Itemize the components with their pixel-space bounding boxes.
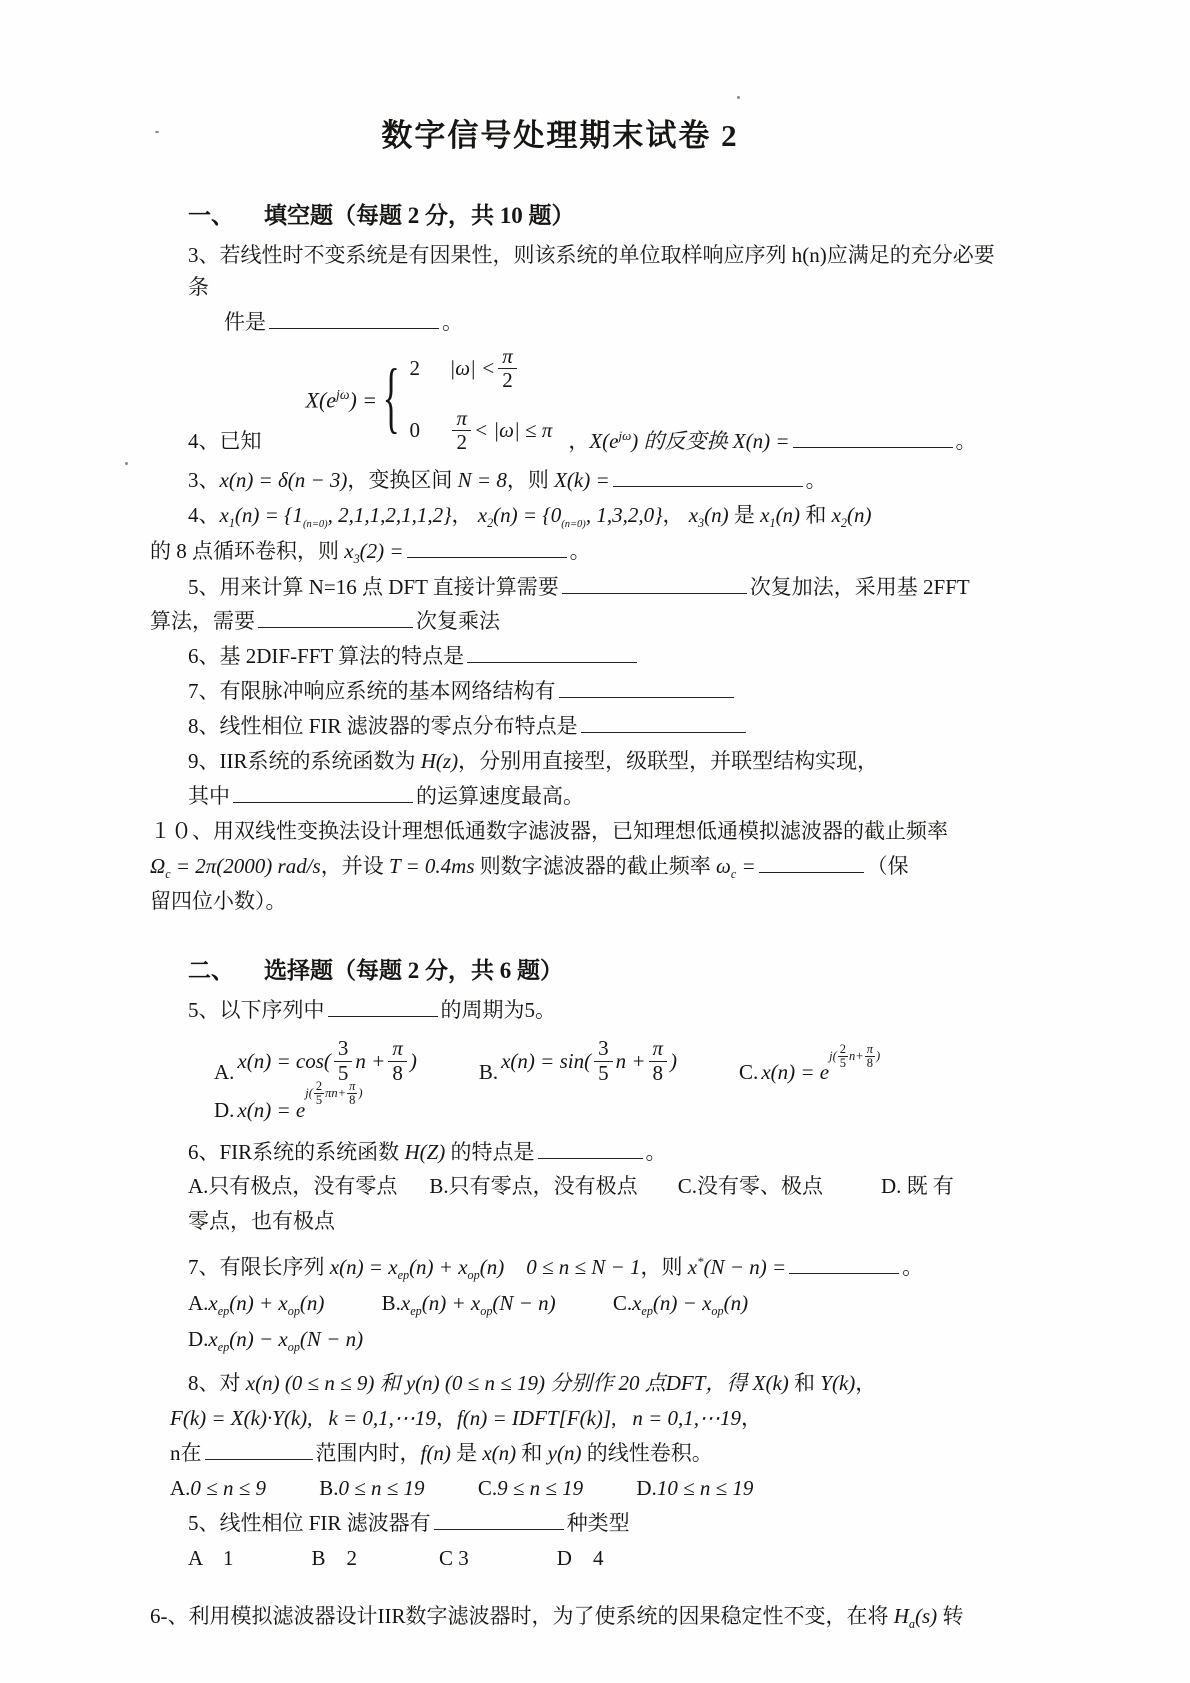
blank-line: [258, 608, 413, 629]
q3b-line: 3、x(n) = δ(n − 3)，变换区间 N = 8，则 X(k) =。: [188, 465, 1010, 497]
q5-line1: 5、用来计算 N=16 点 DFT 直接计算需要次复加法，采用基 2FFT: [188, 572, 1010, 604]
scan-speck: [737, 96, 740, 99]
blank-line: [562, 573, 747, 594]
option-c: C. x(n) = ej(25n+π8): [739, 1058, 880, 1085]
q4-line: 4、已知 X(ejω) = { 2 |ω| <π2 0 π2< |ω| ≤ π …: [188, 345, 1010, 455]
q10-line2: Ωc = 2π(2000) rad/s，并设 T = 0.4ms 则数字滤波器的…: [150, 851, 1010, 884]
c5-options-row2: D. x(n) = ej(25πn+π8): [214, 1095, 1010, 1122]
blank-line: [759, 852, 864, 873]
blank-line: [538, 1138, 643, 1159]
section1-title: 填空题（每题 2 分，共 10 题）: [264, 203, 575, 228]
q4b-line2: 的 8 点循环卷积，则 x3(2) =。: [150, 536, 1010, 569]
q9-line2: 其中的运算速度最高。: [188, 781, 1010, 813]
c5b-line: 5、线性相位 FIR 滤波器有种类型: [188, 1508, 1010, 1540]
scan-speck: [125, 462, 128, 465]
q7-line: 7、有限脉冲响应系统的基本网络结构有: [188, 676, 1010, 708]
option-c: C 3: [439, 1546, 469, 1570]
q10-line3: 留四位小数）。: [150, 886, 1010, 918]
c7-options-row2: D.xep(n) − xop(N − n): [188, 1324, 1010, 1357]
c6-line: 6、FIR系统的系统函数 H(Z) 的特点是。: [188, 1137, 1010, 1169]
section2-heading: 二、选择题（每题 2 分，共 6 题）: [188, 952, 1010, 985]
c8-options: A.0 ≤ n ≤ 9 B.0 ≤ n ≤ 19 C.9 ≤ n ≤ 19 D.…: [170, 1473, 1010, 1505]
option-d: D 4: [557, 1546, 604, 1570]
case-row-1: 2 |ω| <π2: [409, 345, 552, 393]
blank-line: [793, 427, 953, 448]
formula-lhs: X(ejω) =: [306, 387, 378, 413]
option-d: D. 既 有: [881, 1174, 954, 1198]
c6b-line: 6-、利用模拟滤波器设计IIR数字滤波器时，为了使系统的因果稳定性不变，在将 H…: [150, 1601, 1010, 1634]
q4b-number: 4、: [188, 503, 220, 527]
option-b: B. x(n) = sin(35n +π8): [479, 1037, 677, 1085]
fraction-pi-2: π2: [452, 407, 471, 455]
q4-number: 4、已知: [188, 425, 262, 455]
c5-line: 5、以下序列中的周期为5。: [188, 995, 1010, 1027]
option-b-formula: x(n) = sin(35n +π8): [501, 1037, 677, 1085]
option-b: B.只有零点，没有极点: [429, 1174, 637, 1198]
section2-title: 选择题（每题 2 分，共 6 题）: [264, 958, 563, 983]
exam-title: 数字信号处理期末试卷 2: [150, 110, 970, 155]
c6-options: A.只有极点，没有零点B.只有零点，没有极点C.没有零、极点D. 既 有: [188, 1171, 1010, 1203]
blank-line: [269, 308, 439, 329]
blank-line: [559, 677, 734, 698]
option-a: A.0 ≤ n ≤ 9: [170, 1476, 266, 1500]
x2-sequence: x2(n) = {0(n=0), 1,3,2,0}: [478, 503, 663, 527]
option-a-formula: x(n) = cos(35n +π8): [237, 1037, 416, 1085]
blank-line: [434, 1509, 564, 1530]
blank-line: [328, 996, 438, 1017]
q3-text: 若线性时不变系统是有因果性，则该系统的单位取样响应序列 h(n)应满足的充分必要…: [188, 243, 995, 299]
curly-brace: {: [383, 360, 400, 440]
option-a: A. x(n) = cos(35n +π8): [214, 1037, 417, 1085]
q9-line1: 9、IIR系统的系统函数为 H(z)，分别用直接型，级联型，并联型结构实现，: [188, 746, 1010, 778]
c5-options-row1: A. x(n) = cos(35n +π8) B. x(n) = sin(35n…: [214, 1037, 1010, 1085]
option-c: C.9 ≤ n ≤ 19: [478, 1476, 583, 1500]
option-c: C.xep(n) − xop(n): [613, 1291, 748, 1315]
blank-line: [613, 466, 803, 487]
c8-line3: n在范围内时，f(n) 是 x(n) 和 y(n) 的线性卷积。: [170, 1438, 1010, 1470]
c8-line2: F(k) = X(k)·Y(k),k = 0,1,⋯19，f(n) = IDFT…: [170, 1403, 1010, 1435]
option-a: A 1: [188, 1546, 234, 1570]
option-d: D. x(n) = ej(25πn+π8): [214, 1095, 363, 1122]
q4-tail: ，X(ejω) 的反变换 X(n) =。: [568, 425, 976, 455]
case-row-2: 0 π2< |ω| ≤ π: [409, 407, 552, 455]
section2-number: 二、: [188, 958, 234, 983]
q3b-number: 3、: [188, 468, 220, 492]
c7-formula: x(n) = xep(n) + xop(n): [330, 1255, 504, 1279]
blank-line: [205, 1439, 313, 1460]
option-d: D.xep(n) − xop(N − n): [188, 1327, 363, 1351]
q3-number: 3、: [188, 243, 220, 267]
section1-number: 一、: [188, 203, 234, 228]
exam-content: 数字信号处理期末试卷 2 一、填空题（每题 2 分，共 10 题） 3、若线性时…: [150, 110, 1010, 1637]
blank-line: [467, 642, 637, 663]
c7-line: 7、有限长序列 x(n) = xep(n) + xop(n)0 ≤ n ≤ N …: [188, 1252, 1010, 1285]
fraction-pi-2: π2: [498, 345, 517, 393]
x3-ref: x3(n): [689, 503, 729, 527]
option-d-formula: x(n) = ej(25πn+π8): [237, 1095, 362, 1122]
option-b: B.0 ≤ n ≤ 19: [319, 1476, 424, 1500]
q4b-line1: 4、x1(n) = {1(n=0), 2,1,1,2,1,1,2}， x2(n)…: [188, 500, 1010, 533]
blank-line: [407, 537, 567, 558]
option-a: A.xep(n) + xop(n): [188, 1291, 324, 1315]
q3-line1: 3、若线性时不变系统是有因果性，则该系统的单位取样响应序列 h(n)应满足的充分…: [188, 240, 1010, 304]
ha-s-formula: Ha(s): [894, 1604, 937, 1628]
q3-line2: 件是。: [224, 307, 1010, 339]
option-b: B 2: [312, 1546, 358, 1570]
exam-page: 数字信号处理期末试卷 2 一、填空题（每题 2 分，共 10 题） 3、若线性时…: [0, 0, 1190, 1683]
piecewise-cases: 2 |ω| <π2 0 π2< |ω| ≤ π: [409, 345, 552, 455]
q10-line1: １０、用双线性变换法设计理想低通数字滤波器，已知理想低通模拟滤波器的截止频率: [150, 816, 1010, 848]
q3-text2: 件是: [224, 310, 266, 334]
option-a: A.只有极点，没有零点: [188, 1174, 397, 1198]
q4-piecewise-formula: X(ejω) = { 2 |ω| <π2 0 π2< |ω| ≤ π: [306, 345, 553, 455]
option-b: B.xep(n) + xop(N − n): [382, 1291, 556, 1315]
q5-line2: 算法，需要次复乘法: [150, 606, 1010, 638]
blank-line: [233, 782, 413, 803]
blank-line: [581, 712, 746, 733]
q6-line: 6、基 2DIF-FFT 算法的特点是: [188, 641, 1010, 673]
q3-period: 。: [442, 310, 463, 334]
c8-line1: 8、对 x(n) (0 ≤ n ≤ 9) 和 y(n) (0 ≤ n ≤ 19)…: [188, 1368, 1010, 1400]
option-c-formula: x(n) = ej(25n+π8): [761, 1058, 880, 1085]
x1-sequence: x1(n) = {1(n=0), 2,1,1,2,1,1,2}: [220, 503, 452, 527]
section1-heading: 一、填空题（每题 2 分，共 10 题）: [188, 197, 1010, 230]
c7-options-row1: A.xep(n) + xop(n) B.xep(n) + xop(N − n) …: [188, 1288, 1010, 1321]
omega-c-formula: Ωc = 2π(2000) rad/s: [150, 854, 321, 878]
c6-options-wrap: 零点，也有极点: [188, 1206, 1010, 1238]
q8-line: 8、线性相位 FIR 滤波器的零点分布特点是: [188, 711, 1010, 743]
option-d: D.10 ≤ n ≤ 19: [636, 1476, 753, 1500]
option-c: C.没有零、极点: [678, 1174, 823, 1198]
blank-line: [789, 1253, 899, 1274]
c5b-options: A 1B 2C 3D 4: [188, 1543, 1010, 1575]
